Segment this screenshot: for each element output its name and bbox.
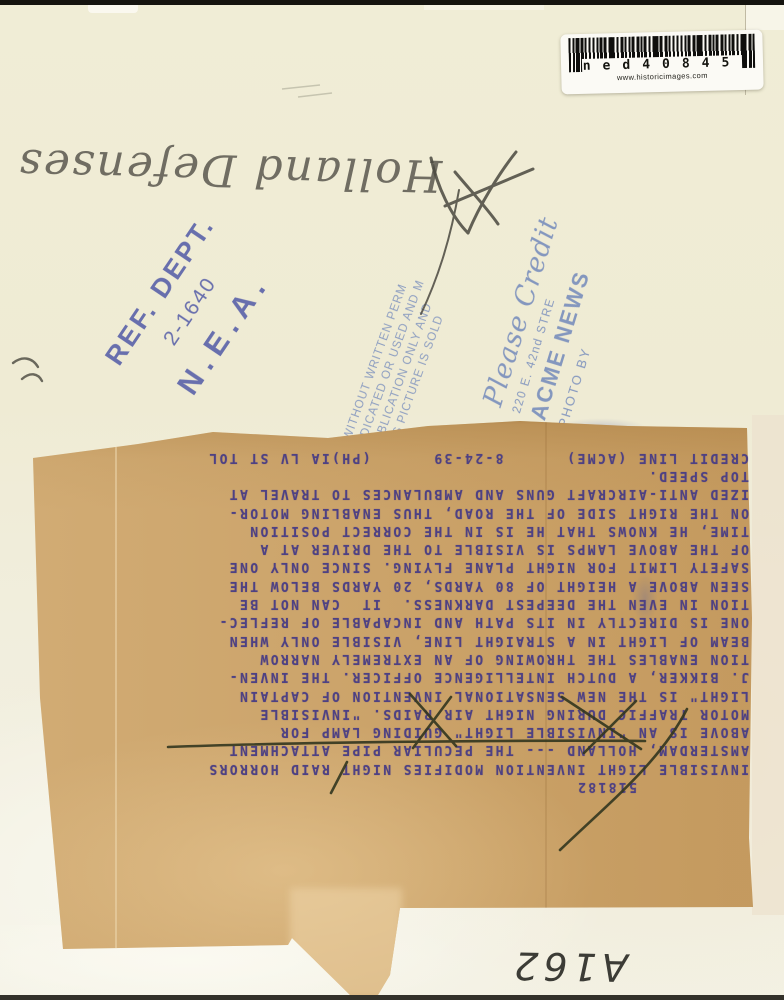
caption-line: TOP SPEED.	[35, 466, 749, 484]
caption-line: TION ENABLES THE THROWING OF AN EXTREMEL…	[35, 649, 749, 667]
catalog-number-text: A162	[509, 943, 628, 989]
caption-line: TIME, HE KNOWS THAT HE IS IN THE CORRECT…	[35, 521, 749, 539]
caption-line: IZED ANTI-AIRCRAFT GUNS AND AMBULANCES T…	[35, 484, 749, 502]
pencil-faint-dashes	[282, 85, 332, 97]
caption-credit-line: CREDIT LINE (ACME) 8-24-39 (PH)IA LV ST …	[35, 447, 749, 465]
caption-line: ONE IS DIRECTLY IN ITS PATH AND INCAPABL…	[35, 612, 749, 630]
ref-dept-stamp: REF. DEPT. 2-1640 N.E.A.	[83, 187, 303, 439]
caption-line: SAFETY LIMIT FOR NIGHT PLANE FLYING. SIN…	[35, 557, 749, 575]
caption-line: AMSTERDAM, HOLLAND --- THE PECULIAR PIPE…	[35, 740, 749, 758]
caption-typewritten-text: 518182 INVISIBLE LIGHT INVENTION MODIFIE…	[35, 441, 749, 795]
caption-line: BEAM OF LIGHT IN A STRAIGHT LINE, VISIBL…	[35, 630, 749, 648]
paper-right-shade	[752, 415, 784, 915]
caption-line: TION IN EVEN THE DEEPEST DARKNESS. IT CA…	[35, 594, 749, 612]
caption-line: ABOVE IS AN "INVISIBLE LIGHT" GUIDING LA…	[35, 722, 749, 740]
caption-photo-number: 518182	[35, 777, 749, 795]
caption-line: OF THE ABOVE LAMPS IS VISIBLE TO THE DRI…	[35, 539, 749, 557]
paper-edge-patch	[746, 4, 784, 30]
photo-top-edge	[0, 0, 784, 5]
catalog-number-handwriting: A162	[467, 925, 628, 990]
caption-line: ON THE RIGHT SIDE OF THE ROAD, THUS ENAB…	[35, 502, 749, 520]
acme-stamp-fine-print: WITHOUT WRITTEN PERM NDICATED OR USED AN…	[341, 212, 479, 458]
barcode-sticker: ned40845 www.historicimages.com	[560, 30, 763, 95]
caption-line: SEEN ABOVE A HEIGHT OF 80 YARDS, 20 YARD…	[35, 575, 749, 593]
pencil-signature: Holland Defenses	[61, 113, 444, 228]
caption-line: MOTOR TRAFFIC DURING NIGHT AIR RAIDS. "I…	[35, 704, 749, 722]
caption-line: J. BIKKER, A DUTCH INTELLIGENCE OFFICER.…	[35, 667, 749, 685]
caption-line: LIGHT" IS THE NEW SENSATIONAL INVENTION …	[35, 685, 749, 703]
caption-title: INVISIBLE LIGHT INVENTION MODIFIES NIGHT…	[35, 758, 749, 776]
press-photo-back: Holland Defenses REF. DEPT. 2-1640 N.E.A…	[0, 0, 784, 1000]
pencil-corner-mark	[13, 358, 42, 381]
photo-bottom-edge	[0, 995, 784, 1000]
acme-stamp-main: Please Credit 220 E. 42nd STRE ACME NEWS…	[478, 143, 649, 429]
signature-text: Holland Defenses	[17, 139, 443, 201]
